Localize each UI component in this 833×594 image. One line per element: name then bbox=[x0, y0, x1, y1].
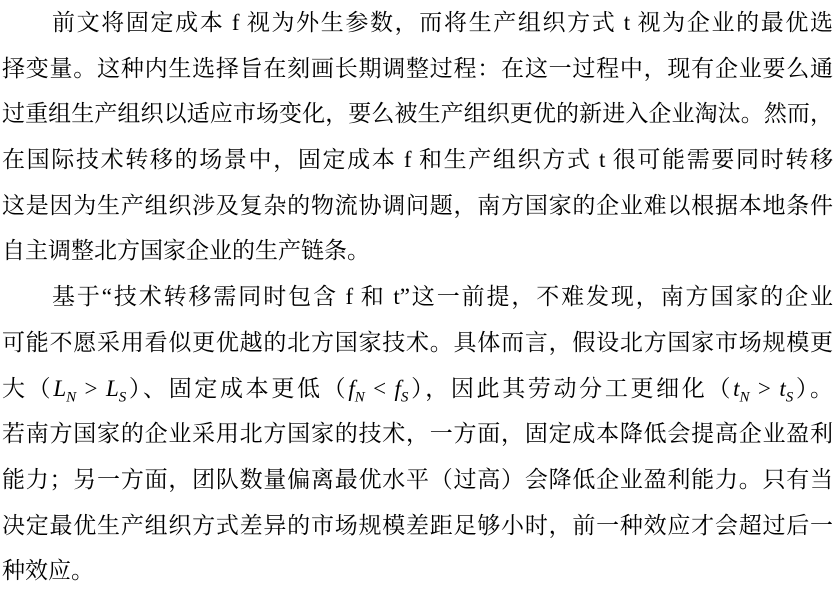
paragraph-2: 基于“技术转移需同时包含 f 和 t”这一前提，不难发现，南方国家的企业可能不愿… bbox=[2, 274, 833, 594]
text-run: ）。 bbox=[793, 376, 833, 401]
text-run: 前文将固定成本 f 视为外生参数，而将生产组织方式 t 视为企业的最优选 bbox=[52, 10, 833, 35]
text-run: 若南方国家的企业采用北方国家的技术，一方面，固定成本降低会提高企业盈利 bbox=[2, 421, 833, 446]
math-variable: tN bbox=[733, 376, 749, 401]
text-line: 决定最优生产组织方式差异的市场规模差距足够小时，前一种效应才会超过后一 bbox=[2, 503, 833, 549]
math-subscript: N bbox=[66, 389, 76, 405]
paragraph-1: 前文将固定成本 f 视为外生参数，而将生产组织方式 t 视为企业的最优选择变量。… bbox=[2, 0, 833, 274]
text-run: 在国际技术转移的场景中，固定成本 f 和生产组织方式 t 很可能需要同时转移 bbox=[2, 147, 833, 172]
text-run: > bbox=[750, 376, 780, 401]
text-run: ），因此其劳动分工更细化（ bbox=[408, 376, 733, 401]
math-variable: fN bbox=[348, 376, 364, 401]
math-subscript: N bbox=[740, 389, 750, 405]
text-line: 可能不愿采用看似更优越的北方国家技术。具体而言，假设北方国家市场规模更 bbox=[2, 320, 833, 366]
math-variable: tS bbox=[779, 376, 793, 401]
text-run: 这是因为生产组织涉及复杂的物流协调问题，南方国家的企业难以根据本地条件 bbox=[2, 193, 833, 218]
text-line: 能力；另一方面，团队数量偏离最优水平（过高）会降低企业盈利能力。只有当 bbox=[2, 457, 833, 503]
math-subscript: N bbox=[355, 389, 365, 405]
text-run: 种效应。 bbox=[2, 558, 94, 583]
text-run: > bbox=[76, 376, 106, 401]
text-line: 前文将固定成本 f 视为外生参数，而将生产组织方式 t 视为企业的最优选 bbox=[2, 0, 833, 46]
text-line: 种效应。 bbox=[2, 548, 833, 594]
text-run: ）、固定成本更低（ bbox=[126, 376, 348, 401]
text-line: 在国际技术转移的场景中，固定成本 f 和生产组织方式 t 很可能需要同时转移 bbox=[2, 137, 833, 183]
text-run: 择变量。这种内生选择旨在刻画长期调整过程：在这一过程中，现有企业要么通 bbox=[2, 56, 833, 81]
text-line: 择变量。这种内生选择旨在刻画长期调整过程：在这一过程中，现有企业要么通 bbox=[2, 46, 833, 92]
math-variable: LS bbox=[106, 376, 126, 401]
text-run: < bbox=[365, 376, 395, 401]
text-body: 前文将固定成本 f 视为外生参数，而将生产组织方式 t 视为企业的最优选择变量。… bbox=[2, 0, 833, 594]
text-line: 这是因为生产组织涉及复杂的物流协调问题，南方国家的企业难以根据本地条件 bbox=[2, 183, 833, 229]
text-run: 基于“技术转移需同时包含 f 和 t”这一前提，不难发现，南方国家的企业 bbox=[52, 284, 833, 309]
math-variable: fS bbox=[395, 376, 409, 401]
text-line: 自主调整北方国家企业的生产链条。 bbox=[2, 228, 833, 274]
text-line: 基于“技术转移需同时包含 f 和 t”这一前提，不难发现，南方国家的企业 bbox=[2, 274, 833, 320]
text-line: 大（LN > LS）、固定成本更低（fN < fS），因此其劳动分工更细化（tN… bbox=[2, 366, 833, 412]
math-variable: LN bbox=[53, 376, 76, 401]
text-run: 能力；另一方面，团队数量偏离最优水平（过高）会降低企业盈利能力。只有当 bbox=[2, 467, 833, 492]
text-run: 决定最优生产组织方式差异的市场规模差距足够小时，前一种效应才会超过后一 bbox=[2, 513, 833, 538]
text-run: 大（ bbox=[2, 376, 53, 401]
text-line: 过重组生产组织以适应市场变化，要么被生产组织更优的新进入企业淘汰。然而， bbox=[2, 91, 833, 137]
text-run: 自主调整北方国家企业的生产链条。 bbox=[2, 238, 370, 263]
text-run: 可能不愿采用看似更优越的北方国家技术。具体而言，假设北方国家市场规模更 bbox=[2, 330, 833, 355]
document-page: 前文将固定成本 f 视为外生参数，而将生产组织方式 t 视为企业的最优选择变量。… bbox=[0, 0, 833, 594]
text-line: 若南方国家的企业采用北方国家的技术，一方面，固定成本降低会提高企业盈利 bbox=[2, 411, 833, 457]
text-run: 过重组生产组织以适应市场变化，要么被生产组织更优的新进入企业淘汰。然而， bbox=[2, 101, 833, 126]
